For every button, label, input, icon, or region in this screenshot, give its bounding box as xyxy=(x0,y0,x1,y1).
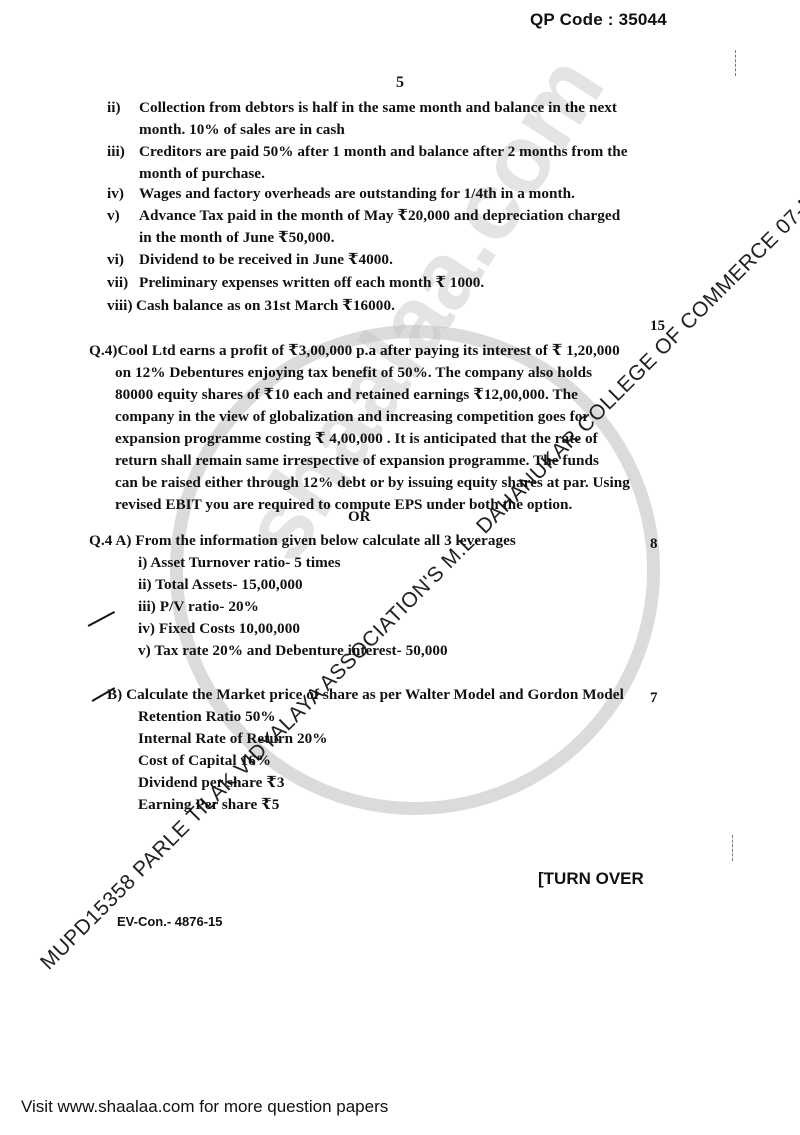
list-item: ii)Collection from debtors is half in th… xyxy=(107,97,617,119)
q4a-heading: Q.4 A) From the information given below … xyxy=(89,530,516,552)
list-item: iii)Creditors are paid 50% after 1 month… xyxy=(107,141,628,163)
or-separator: OR xyxy=(348,509,371,526)
list-item: iv) Fixed Costs 10,00,000 xyxy=(138,618,300,640)
q4b-heading: B) Calculate the Market price of share a… xyxy=(107,684,624,706)
list-item-continuation: month of purchase. xyxy=(139,163,265,185)
q4-line: return shall remain same irrespective of… xyxy=(115,450,599,472)
list-item-continuation: month. 10% of sales are in cash xyxy=(139,119,345,141)
q4-line: expansion programme costing ₹ 4,00,000 .… xyxy=(115,428,598,450)
turn-over-label: [TURN OVER xyxy=(538,869,644,889)
list-item: Earning Per share ₹5 xyxy=(138,794,279,816)
list-item-continuation: in the month of June ₹50,000. xyxy=(139,227,335,249)
q4-line: can be raised either through 12% debt or… xyxy=(115,472,630,494)
q4-line: on 12% Debentures enjoying tax benefit o… xyxy=(115,362,592,384)
q4-line: 80000 equity shares of ₹10 each and reta… xyxy=(115,384,578,406)
list-item: v)Advance Tax paid in the month of May ₹… xyxy=(107,205,620,227)
list-item: viii)Cash balance as on 31st March ₹1600… xyxy=(107,295,395,317)
q4-line: company in the view of globalization and… xyxy=(115,406,589,428)
page-number: 5 xyxy=(396,74,404,92)
list-item: vi)Dividend to be received in June ₹4000… xyxy=(107,249,393,271)
list-item: ii) Total Assets- 15,00,000 xyxy=(138,574,303,596)
q4b-marks: 7 xyxy=(650,690,658,707)
list-item: v) Tax rate 20% and Debenture interest- … xyxy=(138,640,448,662)
list-item: iii) P/V ratio- 20% xyxy=(138,596,259,618)
q4-line: Q.4)Cool Ltd earns a profit of ₹3,00,000… xyxy=(89,340,620,362)
scan-mark xyxy=(732,835,734,861)
pen-tick-mark xyxy=(88,611,115,626)
ev-con-code: EV-Con.- 4876-15 xyxy=(117,914,223,929)
list-item: iv)Wages and factory overheads are outst… xyxy=(107,183,575,205)
list-item: Internal Rate of Return 20% xyxy=(138,728,327,750)
q4-line: revised EBIT you are required to compute… xyxy=(115,494,572,516)
list-item: Dividend per share ₹3 xyxy=(138,772,285,794)
scan-mark xyxy=(735,50,737,76)
qp-code: QP Code : 35044 xyxy=(530,10,667,30)
list-item: i) Asset Turnover ratio- 5 times xyxy=(138,552,341,574)
q3-marks: 15 xyxy=(650,318,665,335)
q4a-marks: 8 xyxy=(650,536,658,553)
list-item: Retention Ratio 50% xyxy=(138,706,276,728)
list-item: Cost of Capital 16% xyxy=(138,750,271,772)
list-item: vii)Preliminary expenses written off eac… xyxy=(107,272,484,294)
footer-text: Visit www.shaalaa.com for more question … xyxy=(21,1097,388,1117)
